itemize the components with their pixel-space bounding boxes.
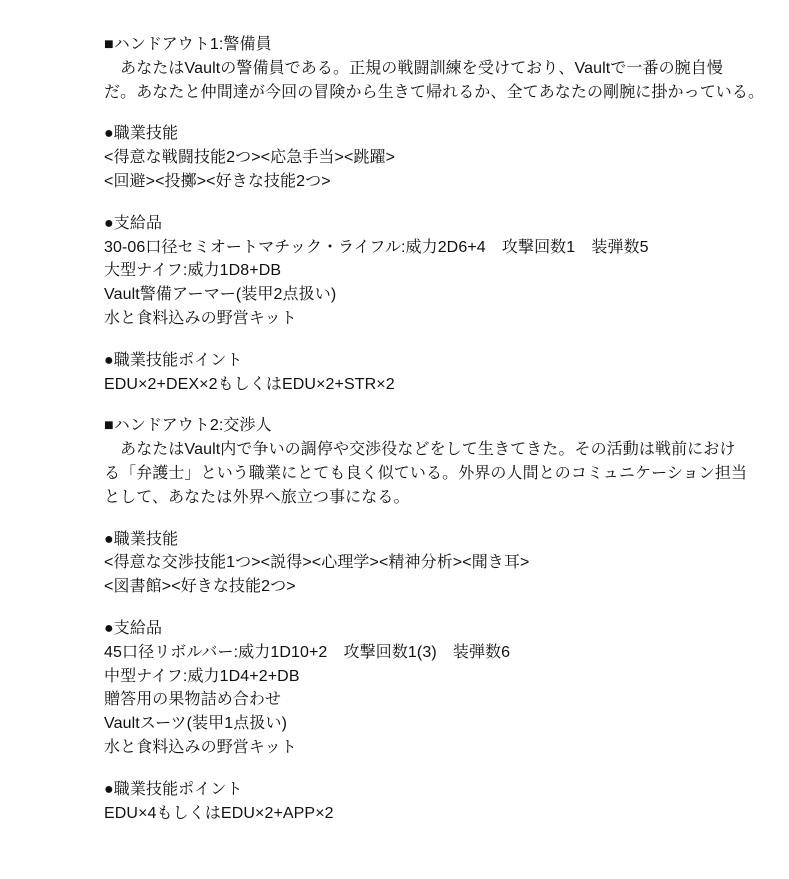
text-line: ●支給品 [104,617,719,641]
text-line: Vault警備アーマー(装甲2点扱い) [104,283,719,307]
handout-2-skill-points: ●職業技能ポイントEDU×4もしくはEDU×2+APP×2 [104,778,719,826]
text-line: 水と食料込みの野営キット [104,736,719,760]
text-line: <回避><投擲><好きな技能2つ> [104,170,719,194]
text-line: ●職業技能 [104,528,719,552]
handout-2-intro: ■ハンドアウト2:交渉人 あなたはVault内で争いの調停や交渉役などをして生き… [104,414,719,509]
text-line: ●職業技能ポイント [104,349,719,373]
handout-2-supplies: ●支給品45口径リボルバー:威力1D10+2 攻撃回数1(3) 装弾数6中型ナイ… [104,617,719,760]
document-content: ■ハンドアウト1:警備員 あなたはVaultの警備員である。正規の戦闘訓練を受け… [104,33,719,825]
text-line: あなたはVault内で争いの調停や交渉役などをして生きてきた。その活動は戦前にお… [104,438,719,462]
handout-1-supplies: ●支給品30-06口径セミオートマチック・ライフル:威力2D6+4 攻撃回数1 … [104,212,719,331]
text-line: 30-06口径セミオートマチック・ライフル:威力2D6+4 攻撃回数1 装弾数5 [104,236,719,260]
handout-2-job-skills: ●職業技能<得意な交渉技能1つ><説得><心理学><精神分析><聞き耳><図書館… [104,528,719,599]
text-line: 45口径リボルバー:威力1D10+2 攻撃回数1(3) 装弾数6 [104,641,719,665]
text-line: Vaultスーツ(装甲1点扱い) [104,712,719,736]
text-line: だ。あなたと仲間達が今回の冒険から生きて帰れるか、全てあなたの剛腕に掛かっている… [104,81,719,105]
text-line: ●職業技能 [104,122,719,146]
text-line: EDU×4もしくはEDU×2+APP×2 [104,802,719,826]
text-line: あなたはVaultの警備員である。正規の戦闘訓練を受けており、Vaultで一番の… [104,57,719,81]
text-line: る「弁護士」という職業にとても良く似ている。外界の人間とのコミュニケーション担当 [104,462,719,486]
text-line: 贈答用の果物詰め合わせ [104,688,719,712]
handout-1-skill-points: ●職業技能ポイントEDU×2+DEX×2もしくはEDU×2+STR×2 [104,349,719,397]
handout-1-intro: ■ハンドアウト1:警備員 あなたはVaultの警備員である。正規の戦闘訓練を受け… [104,33,719,104]
text-line: として、あなたは外界へ旅立つ事になる。 [104,486,719,510]
text-line: <図書館><好きな技能2つ> [104,575,719,599]
text-line: ■ハンドアウト1:警備員 [104,33,719,57]
text-line: EDU×2+DEX×2もしくはEDU×2+STR×2 [104,373,719,397]
text-line: ■ハンドアウト2:交渉人 [104,414,719,438]
text-line: ●職業技能ポイント [104,778,719,802]
handout-1-job-skills: ●職業技能<得意な戦闘技能2つ><応急手当><跳躍><回避><投擲><好きな技能… [104,122,719,193]
text-line: 大型ナイフ:威力1D8+DB [104,259,719,283]
text-line: <得意な交渉技能1つ><説得><心理学><精神分析><聞き耳> [104,551,719,575]
text-line: 中型ナイフ:威力1D4+2+DB [104,665,719,689]
text-line: <得意な戦闘技能2つ><応急手当><跳躍> [104,146,719,170]
document-page: ■ハンドアウト1:警備員 あなたはVaultの警備員である。正規の戦闘訓練を受け… [0,0,789,879]
text-line: ●支給品 [104,212,719,236]
text-line: 水と食料込みの野営キット [104,307,719,331]
